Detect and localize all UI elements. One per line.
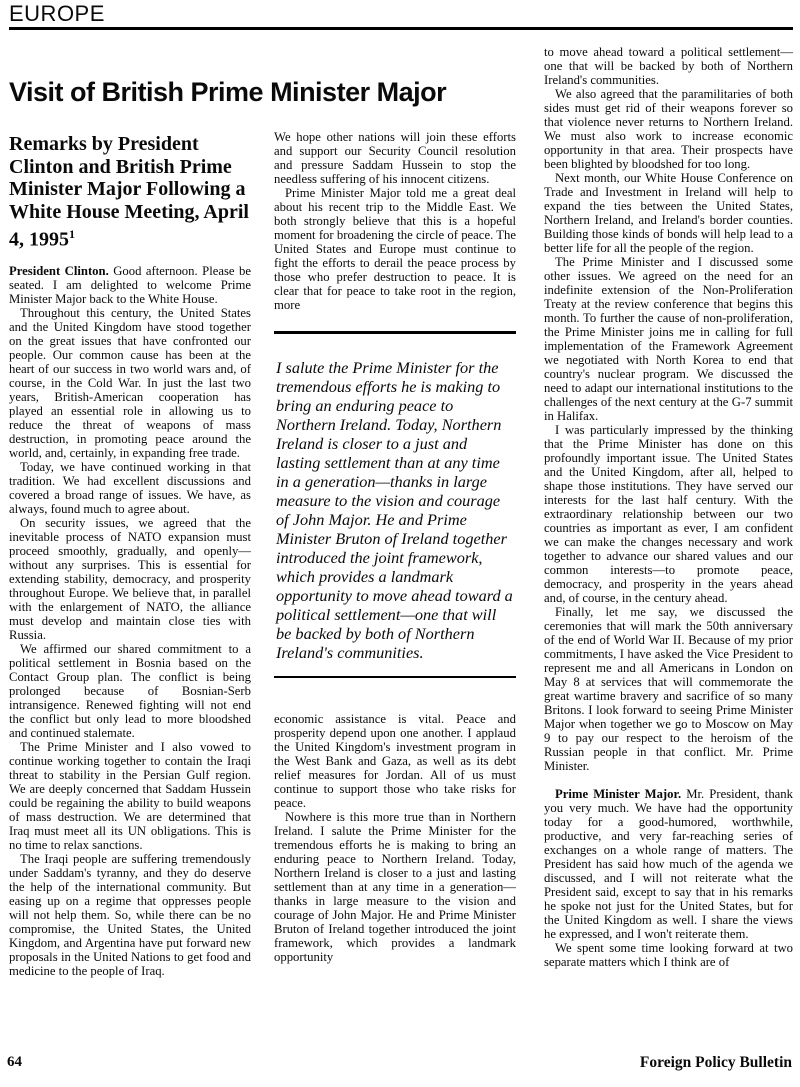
column-middle-text-top: We hope other nations will join these ef… bbox=[274, 130, 516, 312]
column-middle: We hope other nations will join these ef… bbox=[274, 30, 516, 978]
paragraph: Throughout this century, the United Stat… bbox=[9, 306, 251, 460]
remarks-heading: Remarks by President Clinton and British… bbox=[9, 133, 251, 251]
paragraph: Today, we have continued working in that… bbox=[9, 460, 251, 516]
journal-name: Foreign Policy Bulletin bbox=[640, 1054, 792, 1072]
paragraph: Nowhere is this more true than in Northe… bbox=[274, 810, 516, 964]
speaker-name: President Clinton. bbox=[9, 264, 113, 278]
article-body: Visit of British Prime Minister Major Re… bbox=[9, 30, 793, 978]
paragraph: The Prime Minister and I discussed some … bbox=[544, 255, 793, 423]
paragraph: The Prime Minister and I also vowed to c… bbox=[9, 740, 251, 852]
paragraph: economic assistance is vital. Peace and … bbox=[274, 712, 516, 810]
paragraph: The Iraqi people are suffering tremendou… bbox=[9, 852, 251, 978]
speaker-name: Prime Minister Major. bbox=[555, 787, 686, 801]
column-left: Remarks by President Clinton and British… bbox=[9, 30, 251, 978]
page-number: 64 bbox=[7, 1054, 22, 1071]
pull-quote-divider-bottom bbox=[274, 676, 516, 678]
paragraph: We hope other nations will join these ef… bbox=[274, 130, 516, 186]
paragraph: On security issues, we agreed that the i… bbox=[9, 516, 251, 642]
paragraph: I was particularly impressed by the thin… bbox=[544, 423, 793, 605]
paragraph: President Clinton. Good afternoon. Pleas… bbox=[9, 264, 251, 306]
section-label: EUROPE bbox=[9, 0, 793, 26]
remarks-heading-text: Remarks by President Clinton and British… bbox=[9, 133, 249, 251]
paragraph: to move ahead toward a political settlem… bbox=[544, 45, 793, 87]
article-title: Visit of British Prime Minister Major bbox=[9, 77, 446, 108]
document-page: EUROPE Visit of British Prime Minister M… bbox=[0, 0, 800, 1087]
paragraph: Next month, our White House Conference o… bbox=[544, 171, 793, 255]
column-left-text: President Clinton. Good afternoon. Pleas… bbox=[9, 264, 251, 978]
paragraph: Prime Minister Major. Mr. President, tha… bbox=[544, 787, 793, 941]
pull-quote: I salute the Prime Minister for the trem… bbox=[274, 334, 516, 676]
column-middle-text-bottom: economic assistance is vital. Peace and … bbox=[274, 712, 516, 964]
paragraph: Prime Minister Major told me a great dea… bbox=[274, 186, 516, 312]
column-right: to move ahead toward a political settlem… bbox=[544, 30, 793, 978]
paragraph: We affirmed our shared commitment to a p… bbox=[9, 642, 251, 740]
column-right-text: to move ahead toward a political settlem… bbox=[544, 45, 793, 969]
paragraph: Finally, let me say, we discussed the ce… bbox=[544, 605, 793, 773]
footnote-marker: 1 bbox=[69, 227, 75, 241]
paragraph: We also agreed that the paramilitaries o… bbox=[544, 87, 793, 171]
paragraph: We spent some time looking forward at tw… bbox=[544, 941, 793, 969]
